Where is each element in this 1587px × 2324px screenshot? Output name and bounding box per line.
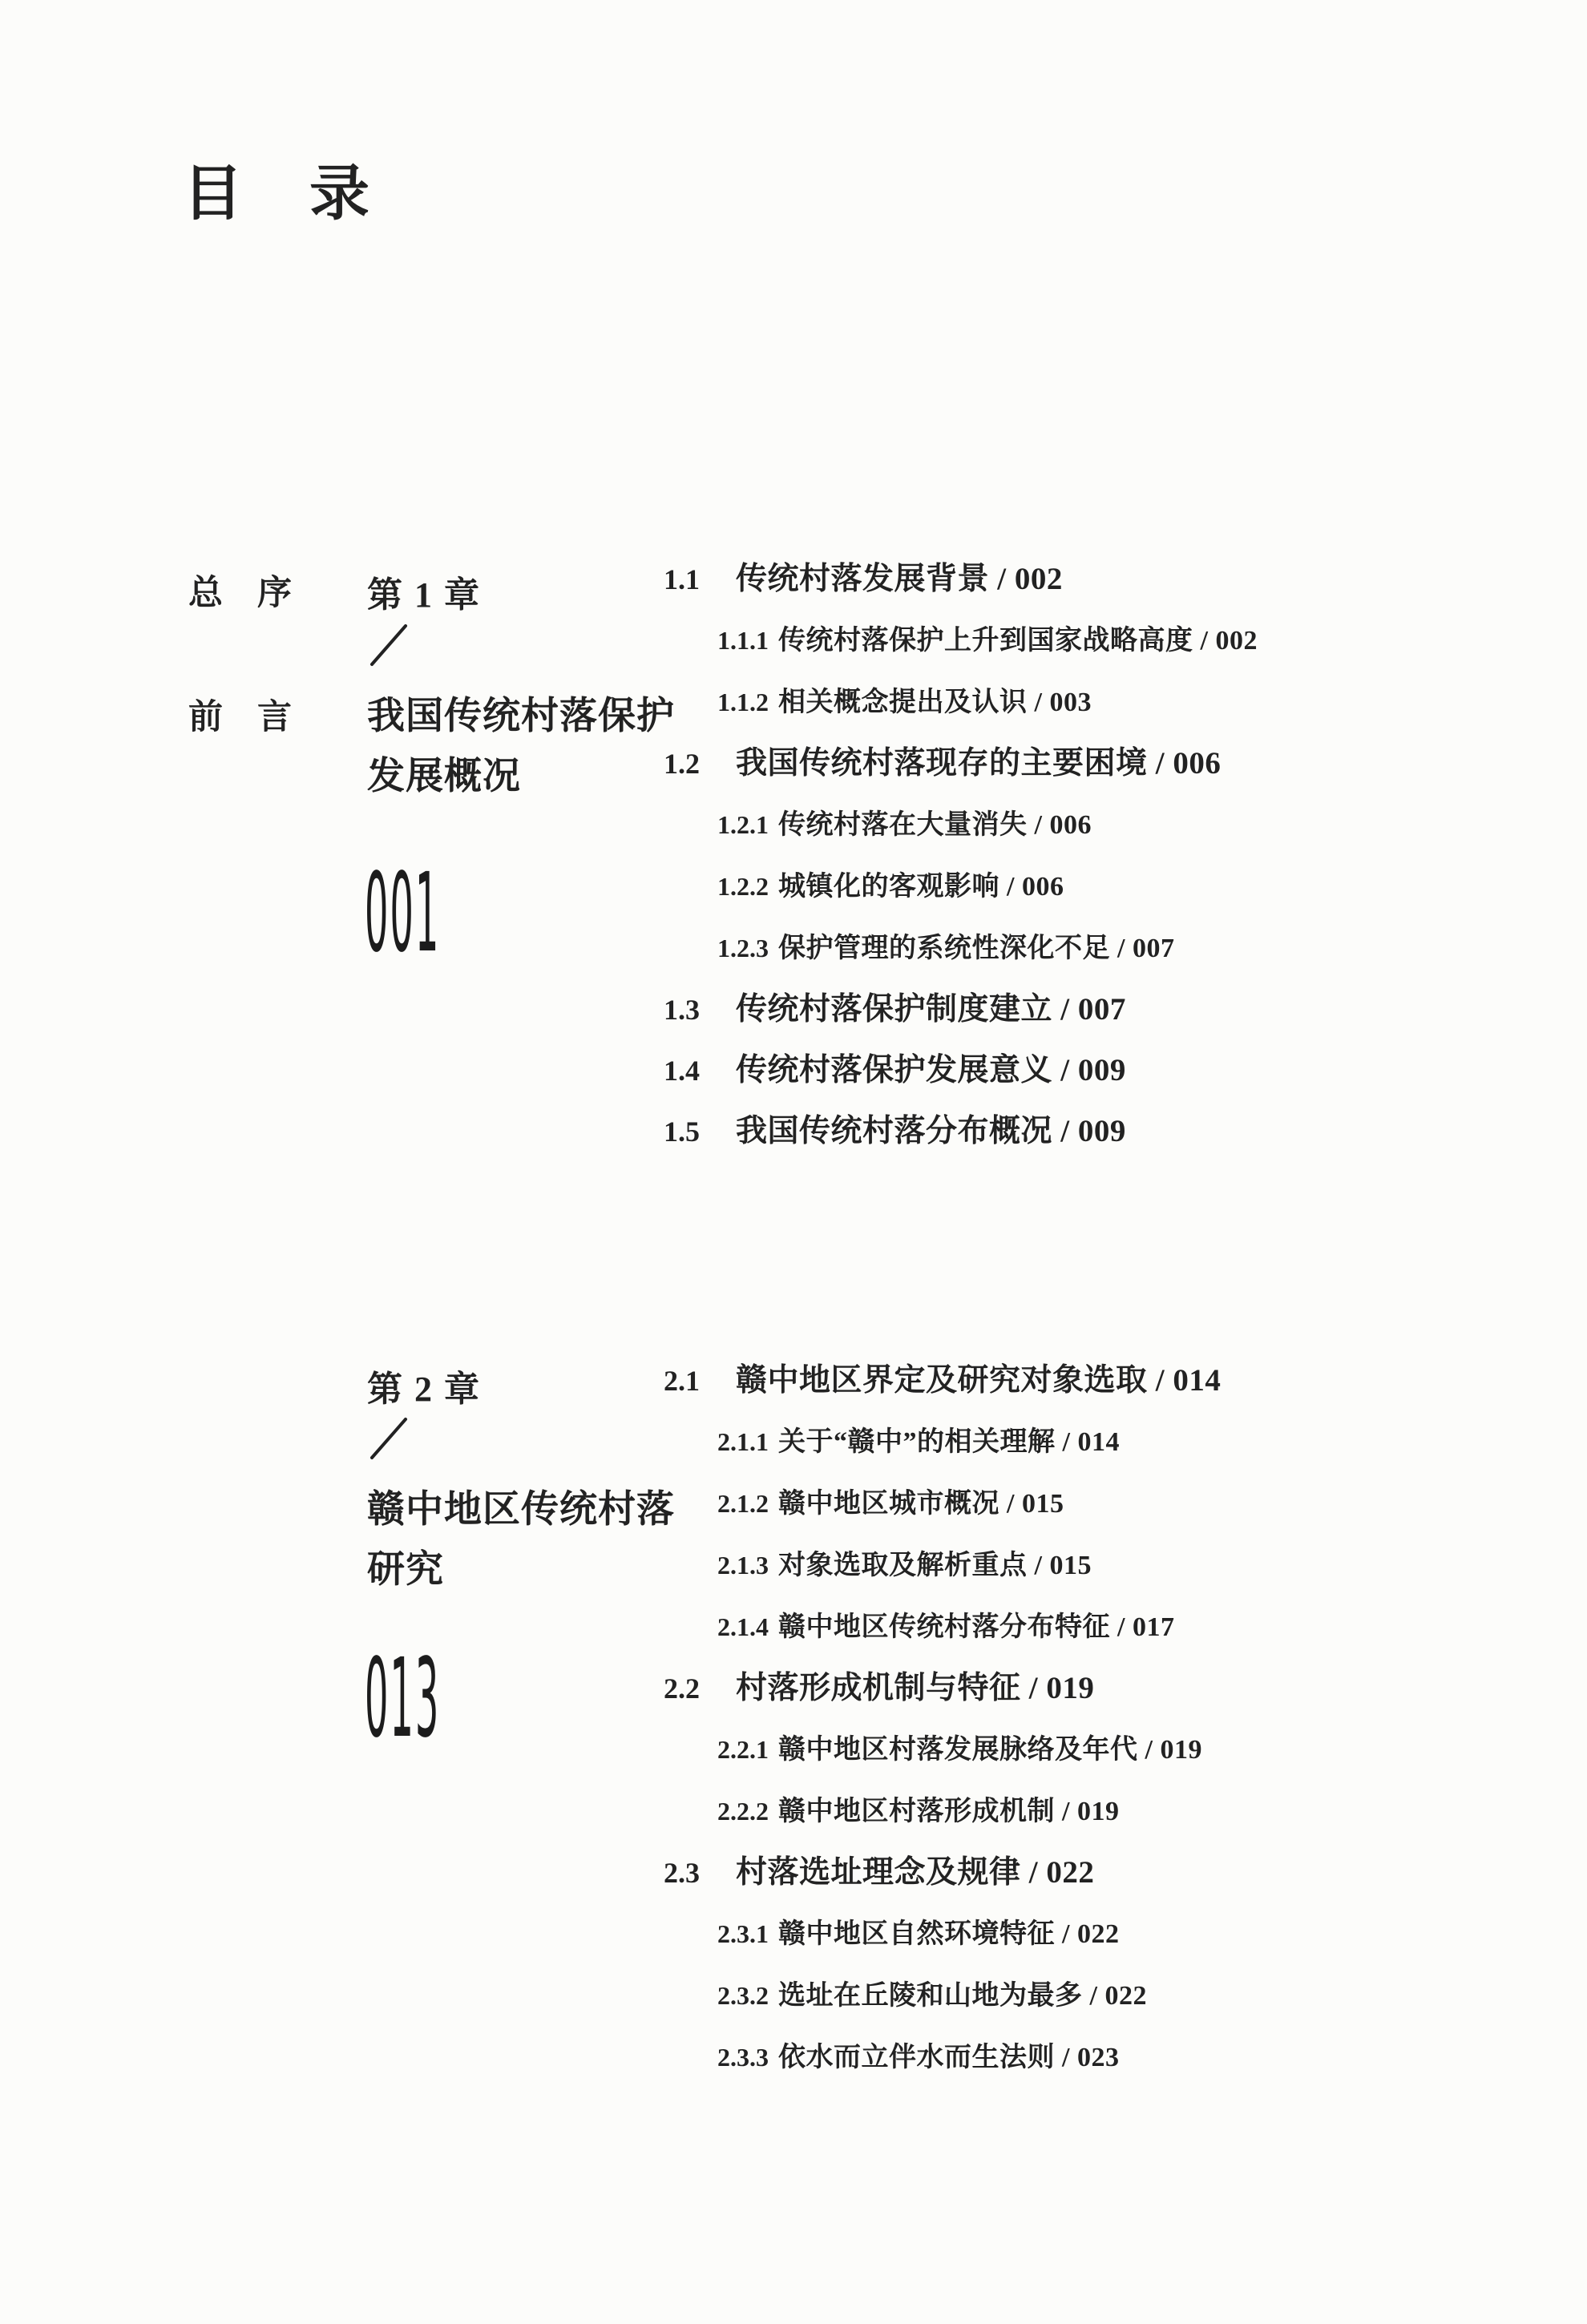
chapter2-title-line1: 赣中地区传统村落 bbox=[367, 1479, 675, 1533]
toc-entry-number: 1.1.1 bbox=[717, 622, 778, 659]
toc-entry: 1.2.3保护管理的系统性深化不足 / 007 bbox=[664, 930, 1561, 967]
toc-entry-number: 2.1.1 bbox=[717, 1423, 778, 1460]
toc-entry: 2.1.1关于“赣中”的相关理解 / 014 bbox=[664, 1423, 1561, 1461]
chapter2-toc-list: 2.1赣中地区界定及研究对象选取 / 014 2.1.1关于“赣中”的相关理解 … bbox=[664, 1362, 1561, 2076]
toc-entry: 1.3传统村落保护制度建立 / 007 bbox=[664, 991, 1561, 1028]
chapter-slash-icon bbox=[367, 1415, 410, 1462]
toc-entry-text: 村落选址理念及规律 / 022 bbox=[736, 1854, 1094, 1891]
chapter2-title-line2: 研究 bbox=[367, 1539, 444, 1593]
toc-entry: 2.3.3依水而立伴水而生法则 / 023 bbox=[664, 2039, 1561, 2076]
toc-entry-number: 2.3.1 bbox=[717, 1915, 778, 1952]
toc-entry-text: 赣中地区传统村落分布特征 / 017 bbox=[778, 1609, 1174, 1646]
toc-entry-text: 传统村落在大量消失 / 006 bbox=[778, 807, 1092, 844]
toc-entry-text: 赣中地区城市概况 / 015 bbox=[778, 1486, 1064, 1523]
toc-entry-number: 2.2.2 bbox=[717, 1793, 778, 1830]
toc-entry: 1.1.1传统村落保护上升到国家战略高度 / 002 bbox=[664, 622, 1561, 660]
toc-entry-text: 相关概念提出及认识 / 003 bbox=[778, 684, 1092, 721]
toc-entry-number: 2.3 bbox=[664, 1854, 736, 1891]
toc-entry-number: 2.1.3 bbox=[717, 1547, 778, 1584]
toc-entry: 2.1.2赣中地区城市概况 / 015 bbox=[664, 1485, 1561, 1523]
toc-entry-number: 1.2 bbox=[664, 745, 736, 782]
toc-entry: 1.2我国传统村落现存的主要困境 / 006 bbox=[664, 745, 1561, 782]
toc-entry-number: 1.1 bbox=[664, 561, 736, 598]
toc-entry: 1.2.1传统村落在大量消失 / 006 bbox=[664, 806, 1561, 844]
front-matter-general-preface: 总 序 bbox=[188, 566, 292, 615]
toc-entry-number: 2.1 bbox=[664, 1362, 736, 1399]
toc-entry: 1.5我国传统村落分布概况 / 009 bbox=[664, 1113, 1561, 1150]
toc-entry-text: 赣中地区村落形成机制 / 019 bbox=[778, 1793, 1119, 1830]
toc-entry-text: 赣中地区自然环境特征 / 022 bbox=[778, 1916, 1119, 1953]
chapter1-title-line2: 发展概况 bbox=[367, 746, 521, 800]
toc-entry-number: 1.3 bbox=[664, 991, 736, 1028]
toc-entry: 1.1传统村落发展背景 / 002 bbox=[664, 561, 1561, 598]
chapter1-toc-list: 1.1传统村落发展背景 / 002 1.1.1传统村落保护上升到国家战略高度 /… bbox=[664, 561, 1561, 1150]
chapter2-start-page: 013 bbox=[365, 1659, 440, 1739]
chapter1-start-page: 001 bbox=[365, 874, 440, 954]
toc-entry-text: 传统村落保护制度建立 / 007 bbox=[736, 991, 1126, 1028]
toc-entry-number: 2.2.1 bbox=[717, 1731, 778, 1768]
chapter-slash-icon bbox=[367, 622, 410, 668]
toc-entry: 1.1.2相关概念提出及认识 / 003 bbox=[664, 684, 1561, 721]
toc-entry-number: 2.3.2 bbox=[717, 1977, 778, 2014]
toc-entry-number: 2.1.2 bbox=[717, 1485, 778, 1522]
toc-entry: 2.2.2赣中地区村落形成机制 / 019 bbox=[664, 1793, 1561, 1830]
toc-entry: 2.2村落形成机制与特征 / 019 bbox=[664, 1670, 1561, 1707]
toc-entry-number: 1.5 bbox=[664, 1113, 736, 1150]
toc-entry-text: 赣中地区村落发展脉络及年代 / 019 bbox=[778, 1732, 1202, 1769]
toc-entry-number: 2.3.3 bbox=[717, 2039, 778, 2076]
toc-entry: 2.1.3对象选取及解析重点 / 015 bbox=[664, 1547, 1561, 1584]
toc-page: 目 录 总 序 前 言 第 1 章 我国传统村落保护 发展概况 001 1.1传… bbox=[0, 0, 1587, 2324]
toc-entry: 1.4传统村落保护发展意义 / 009 bbox=[664, 1052, 1561, 1089]
front-matter-foreword: 前 言 bbox=[188, 690, 292, 739]
toc-entry-text: 传统村落保护上升到国家战略高度 / 002 bbox=[778, 623, 1258, 660]
toc-entry: 2.3.1赣中地区自然环境特征 / 022 bbox=[664, 1915, 1561, 1953]
toc-entry: 1.2.2城镇化的客观影响 / 006 bbox=[664, 868, 1561, 906]
toc-entry-number: 1.4 bbox=[664, 1052, 736, 1089]
toc-entry: 2.2.1赣中地区村落发展脉络及年代 / 019 bbox=[664, 1731, 1561, 1769]
toc-entry-text: 保护管理的系统性深化不足 / 007 bbox=[778, 930, 1174, 967]
toc-entry-text: 城镇化的客观影响 / 006 bbox=[778, 869, 1064, 906]
chapter1-label: 第 1 章 bbox=[367, 566, 481, 617]
toc-entry-text: 我国传统村落现存的主要困境 / 006 bbox=[736, 745, 1221, 782]
toc-entry: 2.3.2选址在丘陵和山地为最多 / 022 bbox=[664, 1977, 1561, 2015]
toc-entry-text: 关于“赣中”的相关理解 / 014 bbox=[778, 1424, 1120, 1461]
toc-entry-text: 村落形成机制与特征 / 019 bbox=[736, 1670, 1094, 1707]
toc-entry: 2.3村落选址理念及规律 / 022 bbox=[664, 1854, 1561, 1891]
toc-entry-number: 1.2.3 bbox=[717, 930, 778, 966]
page-title: 目 录 bbox=[183, 146, 373, 232]
toc-entry-text: 选址在丘陵和山地为最多 / 022 bbox=[778, 1978, 1147, 2015]
toc-entry-number: 1.2.2 bbox=[717, 868, 778, 905]
toc-entry: 2.1赣中地区界定及研究对象选取 / 014 bbox=[664, 1362, 1561, 1399]
toc-entry-number: 2.2 bbox=[664, 1670, 736, 1707]
toc-entry-text: 对象选取及解析重点 / 015 bbox=[778, 1547, 1092, 1584]
toc-entry-text: 传统村落发展背景 / 002 bbox=[736, 561, 1063, 598]
toc-entry-text: 赣中地区界定及研究对象选取 / 014 bbox=[736, 1362, 1221, 1399]
toc-entry-text: 依水而立伴水而生法则 / 023 bbox=[778, 2040, 1119, 2076]
chapter2-label: 第 2 章 bbox=[367, 1360, 481, 1411]
toc-entry: 2.1.4赣中地区传统村落分布特征 / 017 bbox=[664, 1608, 1561, 1646]
toc-entry-number: 2.1.4 bbox=[717, 1608, 778, 1645]
toc-entry-number: 1.1.2 bbox=[717, 684, 778, 720]
toc-entry-text: 我国传统村落分布概况 / 009 bbox=[736, 1113, 1126, 1150]
chapter1-title-line1: 我国传统村落保护 bbox=[367, 686, 675, 740]
toc-entry-text: 传统村落保护发展意义 / 009 bbox=[736, 1052, 1126, 1089]
toc-entry-number: 1.2.1 bbox=[717, 806, 778, 843]
